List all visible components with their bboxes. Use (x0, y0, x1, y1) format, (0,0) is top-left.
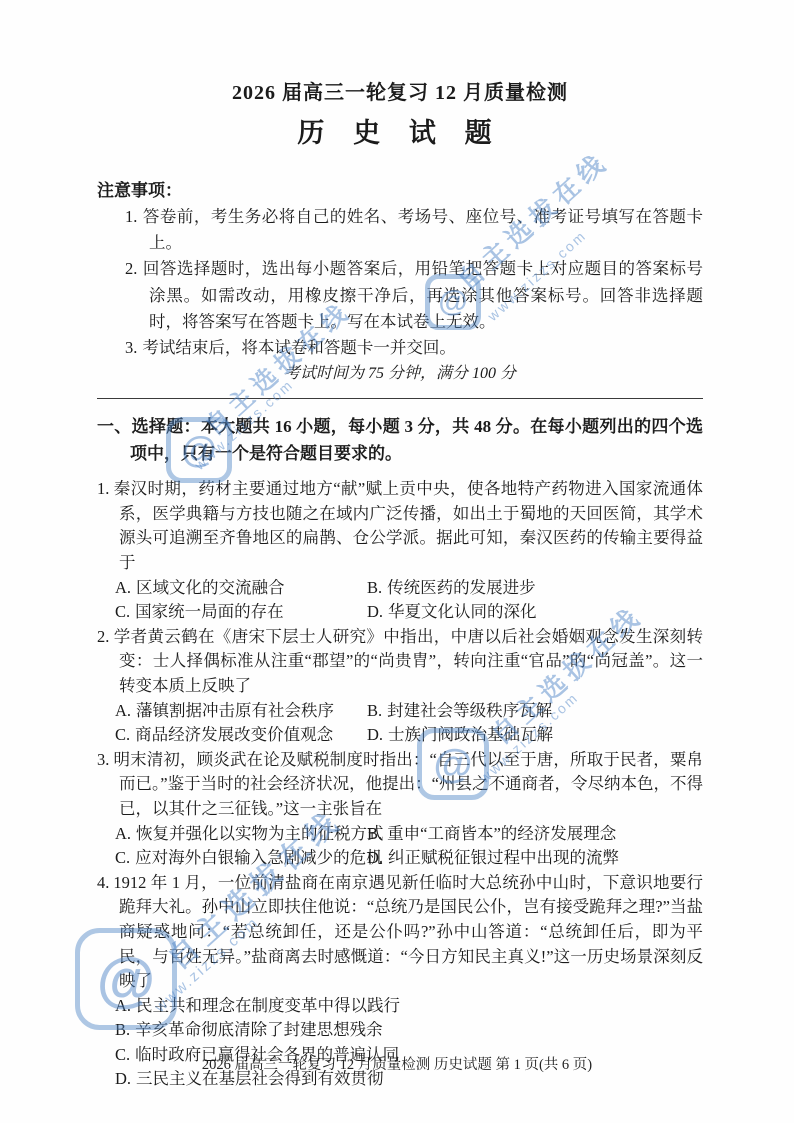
option-label: C. (115, 602, 130, 621)
question-list: 1.秦汉时期，药材主要通过地方“献”赋上贡中央，使各地特产药物进入国家流通体系，… (97, 477, 703, 1092)
option-text: 区域文化的交流融合 (136, 578, 285, 597)
option-text: 藩镇割据冲击原有社会秩序 (136, 701, 334, 720)
divider-line (97, 398, 703, 399)
question-block-3: 3.明末清初，顾炎武在论及赋税制度时指出：“自三代以至于唐，所取于民者，粟帛而已… (97, 748, 703, 871)
notice-item-text: 考试结束后，将本试卷和答题卡一并交回。 (142, 338, 456, 357)
question-stem: 4.1912 年 1 月，一位前清盐商在南京遇见新任临时大总统孙中山时，下意识地… (97, 871, 703, 994)
notice-item-text: 答卷前，考生务必将自己的姓名、考场号、座位号、准考证号填写在答题卡上。 (142, 207, 703, 252)
option-label: A. (115, 578, 131, 597)
notice-item-1: 1.答卷前，考生务必将自己的姓名、考场号、座位号、准考证号填写在答题卡上。 (125, 204, 703, 256)
notice-heading: 注意事项： (97, 178, 703, 204)
option-row: A.区域文化的交流融合 B.传统医药的发展进步 (97, 576, 703, 601)
exam-title: 2026 届高三一轮复习 12 月质量检测 (97, 80, 703, 106)
option-label: D. (367, 725, 383, 744)
question-number: 3. (97, 750, 109, 769)
option-row: C.国家统一局面的存在 D.华夏文化认同的深化 (97, 600, 703, 625)
notice-item-3: 3.考试结束后，将本试卷和答题卡一并交回。 (125, 335, 703, 361)
option-c: C.应对海外白银输入急剧减少的危机 (115, 846, 367, 871)
option-label: B. (367, 701, 382, 720)
question-stem: 3.明末清初，顾炎武在论及赋税制度时指出：“自三代以至于唐，所取于民者，粟帛而已… (97, 748, 703, 822)
option-list: A.民主共和理念在制度变革中得以践行 B.辛亥革命彻底清除了封建思想残余 C.临… (97, 994, 703, 1092)
option-a: A.藩镇割据冲击原有社会秩序 (115, 699, 367, 724)
option-row: C.商品经济发展改变价值观念 D.士族门阀政治基础瓦解 (97, 723, 703, 748)
option-label: D. (367, 602, 383, 621)
option-c: C.国家统一局面的存在 (115, 600, 367, 625)
option-text: 士族门阀政治基础瓦解 (388, 725, 553, 744)
question-stem-text: 明末清初，顾炎武在论及赋税制度时指出：“自三代以至于唐，所取于民者，粟帛而已。”… (113, 750, 703, 818)
question-number: 2. (97, 627, 109, 646)
notice-item-number: 1. (125, 207, 137, 226)
option-label: A. (115, 824, 131, 843)
notice-item-number: 2. (125, 259, 137, 278)
option-label: B. (115, 1020, 130, 1039)
option-text: 重申“工商皆本”的经济发展理念 (387, 824, 616, 843)
option-row: C.应对海外白银输入急剧减少的危机 D.纠正赋税征银过程中出现的流弊 (97, 846, 703, 871)
question-number: 4. (97, 873, 109, 892)
option-label: C. (115, 725, 130, 744)
exam-paper-page: { "header": { "title_line1": "2026 届高三一轮… (0, 0, 794, 1123)
option-text: 辛亥革命彻底清除了封建思想残余 (135, 1020, 383, 1039)
option-text: 封建社会等级秩序瓦解 (387, 701, 552, 720)
option-b: B.重申“工商皆本”的经济发展理念 (367, 822, 703, 847)
section-heading: 一、选择题：本大题共 16 小题，每小题 3 分，共 48 分。在每小题列出的四… (97, 413, 703, 467)
question-stem-text: 秦汉时期，药材主要通过地方“献”赋上贡中央，使各地特产药物进入国家流通体系，医学… (113, 479, 703, 572)
page-footer: 2026 届高三一轮复习 12 月质量检测 历史试题 第 1 页(共 6 页) (0, 1053, 794, 1074)
option-a: A.恢复并强化以实物为主的征税方式 (115, 822, 367, 847)
option-text: 应对海外白银输入急剧减少的危机 (135, 848, 383, 867)
option-d: D.华夏文化认同的深化 (367, 600, 703, 625)
option-text: 民主共和理念在制度变革中得以践行 (136, 996, 400, 1015)
option-text: 恢复并强化以实物为主的征税方式 (136, 824, 384, 843)
notice-item-number: 3. (125, 338, 137, 357)
option-row: A.藩镇割据冲击原有社会秩序 B.封建社会等级秩序瓦解 (97, 699, 703, 724)
option-b: B.辛亥革命彻底清除了封建思想残余 (97, 1018, 703, 1043)
option-label: D. (367, 848, 383, 867)
option-text: 华夏文化认同的深化 (388, 602, 537, 621)
question-stem-text: 1912 年 1 月，一位前清盐商在南京遇见新任临时大总统孙中山时，下意识地要行… (113, 873, 703, 990)
option-text: 国家统一局面的存在 (135, 602, 284, 621)
exam-subject-title: 历 史 试 题 (97, 114, 703, 152)
option-d: D.士族门阀政治基础瓦解 (367, 723, 703, 748)
option-label: B. (367, 824, 382, 843)
exam-duration-note: 考试时间为 75 分钟，满分 100 分 (97, 361, 703, 387)
page-content: 2026 届高三一轮复习 12 月质量检测 历 史 试 题 注意事项： 1.答卷… (97, 0, 703, 1092)
option-row: A.恢复并强化以实物为主的征税方式 B.重申“工商皆本”的经济发展理念 (97, 822, 703, 847)
option-a: A.民主共和理念在制度变革中得以践行 (97, 994, 703, 1019)
question-block-1: 1.秦汉时期，药材主要通过地方“献”赋上贡中央，使各地特产药物进入国家流通体系，… (97, 477, 703, 625)
option-c: C.商品经济发展改变价值观念 (115, 723, 367, 748)
option-text: 商品经济发展改变价值观念 (135, 725, 333, 744)
question-stem: 2.学者黄云鹤在《唐宋下层士人研究》中指出，中唐以后社会婚姻观念发生深刻转变：士… (97, 625, 703, 699)
question-stem-text: 学者黄云鹤在《唐宋下层士人研究》中指出，中唐以后社会婚姻观念发生深刻转变：士人择… (113, 627, 703, 695)
option-b: B.封建社会等级秩序瓦解 (367, 699, 703, 724)
notice-item-text: 回答选择题时，选出每小题答案后，用铅笔把答题卡上对应题目的答案标号涂黑。如需改动… (142, 259, 703, 330)
option-b: B.传统医药的发展进步 (367, 576, 703, 601)
option-text: 传统医药的发展进步 (387, 578, 536, 597)
option-label: A. (115, 996, 131, 1015)
option-label: A. (115, 701, 131, 720)
option-a: A.区域文化的交流融合 (115, 576, 367, 601)
option-text: 纠正赋税征银过程中出现的流弊 (388, 848, 619, 867)
option-label: C. (115, 848, 130, 867)
question-block-2: 2.学者黄云鹤在《唐宋下层士人研究》中指出，中唐以后社会婚姻观念发生深刻转变：士… (97, 625, 703, 748)
question-number: 1. (97, 479, 109, 498)
option-d: D.纠正赋税征银过程中出现的流弊 (367, 846, 703, 871)
question-stem: 1.秦汉时期，药材主要通过地方“献”赋上贡中央，使各地特产药物进入国家流通体系，… (97, 477, 703, 575)
notice-item-2: 2.回答选择题时，选出每小题答案后，用铅笔把答题卡上对应题目的答案标号涂黑。如需… (125, 256, 703, 335)
option-label: B. (367, 578, 382, 597)
